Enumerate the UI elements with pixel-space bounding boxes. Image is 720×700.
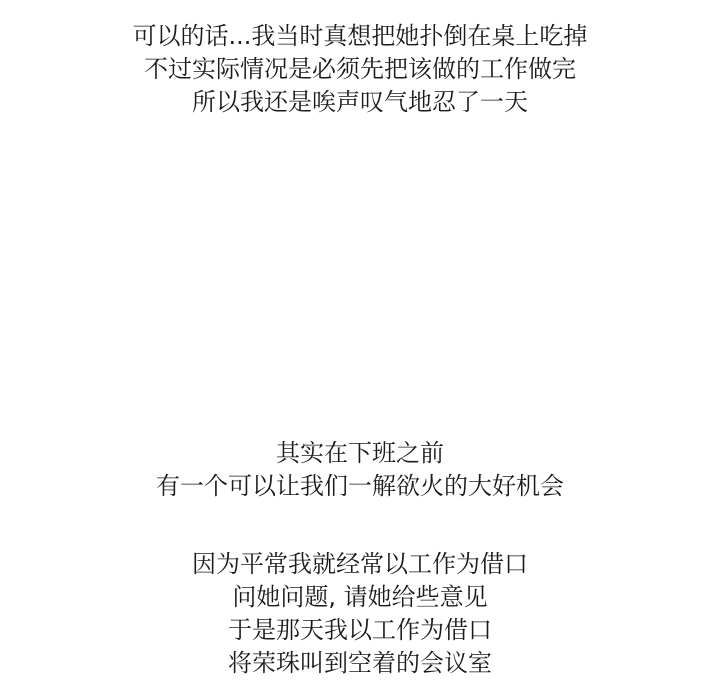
caption-line: 有一个可以让我们一解欲火的大好机会 (0, 470, 720, 503)
caption-block-2: 其实在下班之前 有一个可以让我们一解欲火的大好机会 (0, 437, 720, 503)
caption-line: 因为平常我就经常以工作为借口 (0, 548, 720, 581)
caption-line: 不过实际情况是必须先把该做的工作做完 (0, 53, 720, 86)
caption-line: 问她问题, 请她给些意见 (0, 581, 720, 614)
caption-line: 所以我还是唉声叹气地忍了一天 (0, 86, 720, 119)
caption-block-1: 可以的话...我当时真想把她扑倒在桌上吃掉 不过实际情况是必须先把该做的工作做完… (0, 20, 720, 119)
caption-block-3: 因为平常我就经常以工作为借口 问她问题, 请她给些意见 于是那天我以工作为借口 … (0, 548, 720, 680)
caption-line: 其实在下班之前 (0, 437, 720, 470)
caption-line: 将荣珠叫到空着的会议室 (0, 647, 720, 680)
caption-line: 可以的话...我当时真想把她扑倒在桌上吃掉 (0, 20, 720, 53)
caption-line: 于是那天我以工作为借口 (0, 614, 720, 647)
